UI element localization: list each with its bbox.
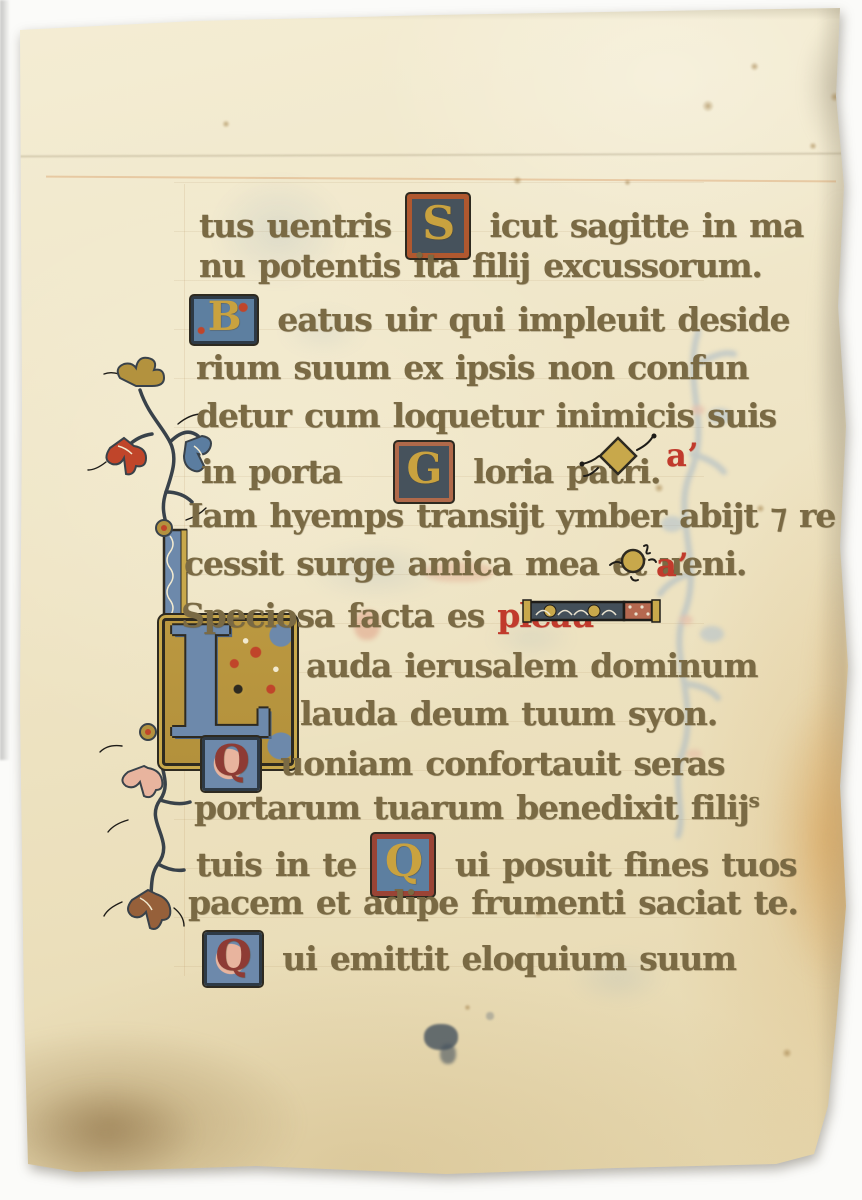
text-line: rium suum ex ipsis non confun [196, 348, 748, 387]
text-segment: ui posuit fines tuos [455, 845, 797, 884]
fox-spot [809, 142, 817, 150]
text-segment: lauda deum tuum syon. [300, 694, 717, 733]
text-segment: rium suum ex ipsis non confun [196, 348, 748, 387]
text-segment: auda ierusalem dominum [306, 646, 757, 685]
gold-bead-line-filler [606, 538, 662, 584]
scan-background: L tus uentris S icut sagitte in ma nu po… [0, 0, 862, 1200]
text-segment: eatus uir qui impleuit deside [277, 300, 789, 339]
fox-spot [464, 1004, 471, 1011]
illuminated-initial-g: G [395, 442, 453, 502]
text-segment: detur cum loquetur inimicis suis [196, 396, 776, 435]
text-segment: uoniam confortauit seras [280, 744, 724, 783]
text-segment: ui emittit eloquium suum [282, 939, 735, 978]
text-line: portarum tuarum benedixit filijs [194, 788, 759, 827]
text-line: auda ierusalem dominum [306, 646, 757, 685]
fox-spot [702, 100, 714, 112]
text-segment: Speciosa facta es [181, 596, 497, 635]
stain [6, 1026, 306, 1186]
text-line: lauda deum tuum syon. [300, 694, 717, 733]
ink-smudge [440, 1044, 456, 1064]
fox-spot [222, 120, 230, 128]
text-segment: icut sagitte in ma [489, 206, 803, 245]
illuminated-initial-q: Q [204, 932, 262, 986]
fox-spot [782, 1048, 792, 1058]
horizontal-crease [16, 153, 848, 158]
text-segment: pacem et adipe frumenti saciat te. [188, 883, 798, 922]
text-segment: nu potentis ita filij excussorum. [199, 246, 762, 285]
manuscript-leaf-wrap: L tus uentris S icut sagitte in ma nu po… [16, 6, 848, 1178]
text-line: B eatus uir qui impleuit deside [188, 298, 789, 346]
scanner-edge [0, 0, 9, 760]
superscript: s [748, 788, 758, 812]
text-segment: tuis in te [196, 845, 356, 884]
text-segment: Iam hyemps transijt ymber abijt ⁊ re [188, 496, 835, 535]
ruled-line [46, 176, 836, 182]
gold-diamond-line-filler [576, 430, 660, 482]
text-segment: tus uentris [199, 206, 391, 245]
text-line: detur cum loquetur inimicis suis [196, 396, 776, 435]
manuscript-leaf: L tus uentris S icut sagitte in ma nu po… [16, 6, 848, 1178]
stain [16, 1084, 196, 1184]
ink-smudge [486, 1012, 494, 1020]
text-line: Iam hyemps transijt ymber abijt ⁊ re [188, 496, 835, 535]
text-segment: portarum tuarum benedixit filij [194, 788, 748, 827]
illuminated-initial-q: Q [202, 737, 260, 791]
illuminated-initial-b: B [191, 296, 257, 344]
blue-red-bar-line-filler [522, 596, 664, 628]
text-segment: in porta [201, 452, 342, 491]
fox-spot [852, 154, 860, 162]
top-edge-shadow [16, 6, 848, 20]
text-line: nu potentis ita filij excussorum. [199, 246, 762, 285]
text-line: Q uoniam confortauit seras [199, 739, 724, 793]
ink-smudge [424, 1024, 458, 1050]
antiphon-mark: aʼ [666, 436, 698, 474]
fox-spot [750, 62, 759, 71]
antiphon-mark: aʼ [656, 546, 688, 584]
text-line: Q ui emittit eloquium suum [201, 934, 736, 988]
text-line: pacem et adipe frumenti saciat te. [188, 883, 798, 922]
